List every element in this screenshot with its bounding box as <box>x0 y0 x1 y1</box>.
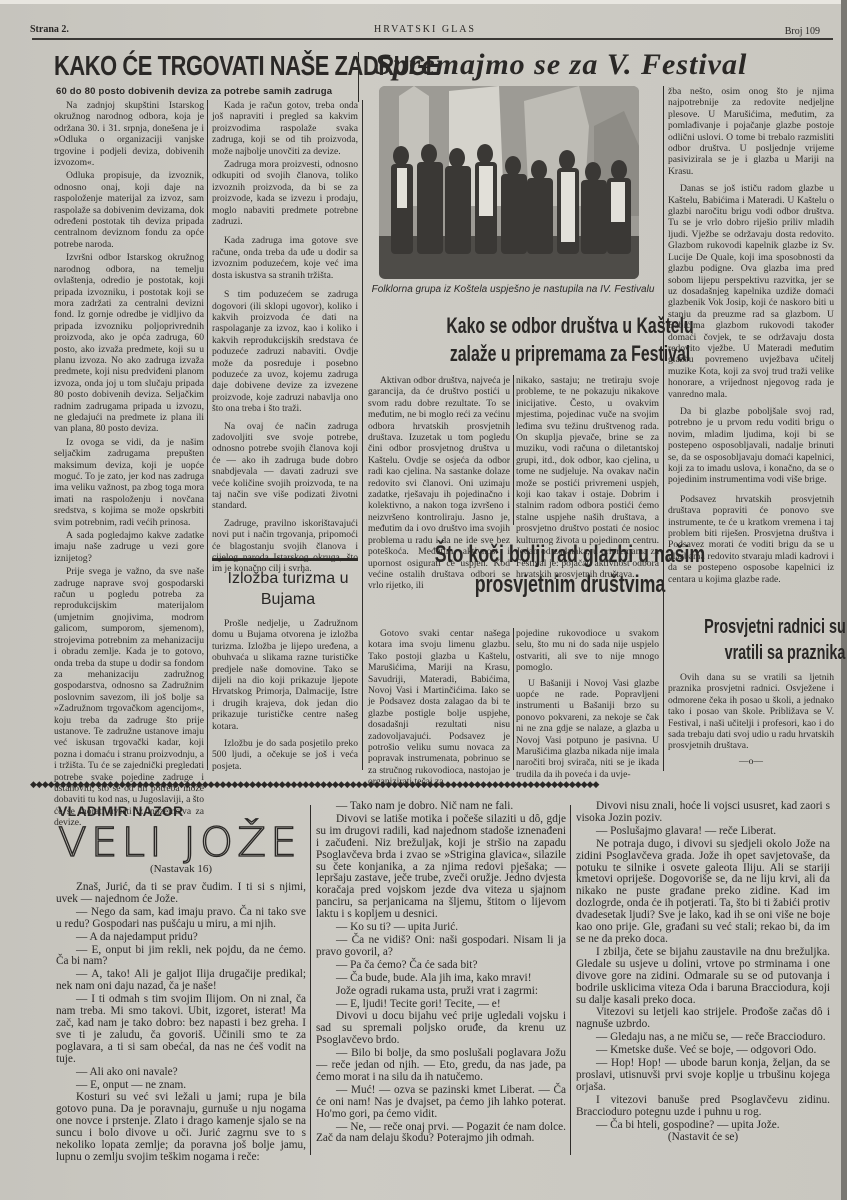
masthead-rule-right <box>370 38 833 40</box>
paragraph: — A da najedamput pridu? <box>56 932 306 944</box>
subheadline-zadruge: 60 do 80 posto dobivenih deviza za potre… <box>56 86 332 97</box>
zadruge-column-1: Na zadnjoj skupštini Istarskog okružnog … <box>54 100 204 770</box>
serial-column-2: — Tako nam je dobro. Nič nam ne fali. Di… <box>316 801 566 1146</box>
zadruge-column-2: Kada je račun gotov, treba onda još napr… <box>212 100 358 540</box>
paragraph: Kosturi su već svi ležali u jami; rupa j… <box>56 1092 306 1163</box>
paragraph: Zadruge, pravilno iskorištavajući novi p… <box>212 518 358 575</box>
column-divider <box>513 628 514 770</box>
paragraph: — Muć! — ozva se pazinski kmet Liberat. … <box>316 1085 566 1121</box>
paragraph: U Bašaniji i Novoj Vasi glazbe uopće ne … <box>516 678 659 781</box>
izlozba-body: Prošle nedjelje, u Zadružnom domu u Buja… <box>212 618 358 774</box>
paragraph: Izvršni odbor Istarskog okružnog narodno… <box>54 252 204 435</box>
paragraph: Na ovaj će način zadruga zadovoljiti sve… <box>212 421 358 512</box>
column-divider <box>310 805 311 1155</box>
photo-caption: Folklorna grupa iz Koštela uspješno je n… <box>368 283 658 296</box>
issue-number: Broj 109 <box>785 26 820 37</box>
column-divider <box>362 100 363 770</box>
continued-note: (Nastavit će se) <box>576 1132 830 1144</box>
headline-glazbe: Što koči bolji rad glazbi u našim prosvj… <box>370 540 660 600</box>
page-edge-right <box>841 0 847 1200</box>
paragraph: — Ne, — reče onaj prvi. — Pogazit će nam… <box>316 1122 566 1146</box>
paragraph: Ne potraja dugo, i divovi su sjedjeli ok… <box>576 839 830 946</box>
paragraph: — Ča ne vidiš? Oni: naši gospodari. Nisa… <box>316 935 566 959</box>
paragraph: A sada pogledajmo kakve zadatke imaju na… <box>54 530 204 564</box>
paragraph: Znaš, Jurić, da ti se prav čudim. I ti s… <box>56 882 306 906</box>
headline-text: Prosvjetni radnici su se vratili sa praz… <box>699 614 847 666</box>
paragraph: — I ti odmah s tim svojim Ilijom. On ni … <box>56 994 306 1065</box>
paragraph: Divovi se latiše motika i počeše silazit… <box>316 814 566 921</box>
paragraph: — Hop! Hop! — ubode barun konja, željan,… <box>576 1058 830 1094</box>
paragraph: Ovih dana su se vratili sa ljetnih prazn… <box>668 672 834 752</box>
headline-text: Što koči bolji rad glazbi u našim prosvj… <box>422 540 718 600</box>
folklore-photo-illustration <box>379 86 639 279</box>
paragraph: Prošle nedjelje, u Zadružnom domu u Buja… <box>212 618 358 732</box>
paragraph: Da bi glazbe poboljšale svoj rad, potreb… <box>668 406 834 486</box>
paragraph: — Kmetske duše. Već se boje, — odgovori … <box>576 1045 830 1057</box>
masthead: Strana 2. HRVATSKI GLAS Broj 109 <box>30 22 820 38</box>
headline-prosvjetni: Prosvjetni radnici su se vratili sa praz… <box>665 614 840 666</box>
paragraph: S tim poduzećem se zadruga dogovori (ili… <box>212 289 358 414</box>
paragraph: Gotovo svaki centar našega kotara ima sv… <box>368 628 510 788</box>
paragraph: Kada zadruga ima gotove sve račune, onda… <box>212 235 358 281</box>
serial-column-1: Znaš, Jurić, da ti se prav čudim. I ti s… <box>56 882 306 1165</box>
paragraph: Iz ovoga se vidi, da je našim seljačkim … <box>54 437 204 528</box>
paragraph: — E, onput — ne znam. <box>56 1080 306 1092</box>
photo-folklore-group <box>379 86 639 279</box>
serial-author: VLADIMIR NAZOR <box>58 803 184 819</box>
paragraph: pojedine rukovodioce u svakom selu, što … <box>516 628 659 674</box>
column-divider <box>663 86 664 771</box>
prosvjetni-body: Ovih dana su se vratili sa ljetnih prazn… <box>668 672 834 769</box>
end-mark: —o— <box>668 756 834 767</box>
paragraph: — E, ljudi! Tecite gori! Tecite, — e! <box>316 999 566 1011</box>
paragraph: I zbilja, čete se bijahu zaustavile na d… <box>576 947 830 1007</box>
paragraph: — Ali ako oni navale? <box>56 1067 306 1079</box>
glazbe-column-2: pojedine rukovodioce u svakom selu, što … <box>516 628 659 782</box>
headline-festival: Spremajmo se za V. Festival <box>375 48 747 82</box>
paper-name: HRVATSKI GLAS <box>30 24 820 35</box>
paragraph: Kada je račun gotov, treba onda još napr… <box>212 100 358 157</box>
paragraph: žba nešto, osim onog što je njima najpot… <box>668 86 834 177</box>
section-rule <box>212 558 358 561</box>
column-divider <box>570 805 571 1155</box>
paragraph: — Nego da sam, kad imaju pravo. Ča ni ta… <box>56 907 306 931</box>
headline-text: Kako se odbor društva u Kaštelu zalaže u… <box>426 312 714 368</box>
paragraph: Jože ogradi rukama usta, pruži vrat i za… <box>316 986 566 998</box>
serial-column-3: Divovi nisu znali, hoće li vojsci ususre… <box>576 801 830 1145</box>
headline-izlozba: Izložba turizma u Bujama <box>213 568 363 610</box>
paragraph: — Gledaju nas, a ne miču se, — reče Brac… <box>576 1032 830 1044</box>
paragraph: Izložbu je do sada posjetilo preko 500 l… <box>212 738 358 772</box>
column-divider <box>358 52 359 102</box>
headline-kastel: Kako se odbor društva u Kaštelu zalaže u… <box>370 312 660 368</box>
paragraph: — Ko su ti? — upita Jurić. <box>316 922 566 934</box>
paragraph: Vitezovi su letjeli kao strijele. Prođoš… <box>576 1007 830 1031</box>
paragraph: — Tako nam je dobro. Nič nam ne fali. <box>316 801 566 813</box>
paragraph: Zadruga mora proizvesti, odnosno odkupit… <box>212 159 358 227</box>
serial-title: VELI JOŽE <box>58 820 301 866</box>
paragraph: — E, onput bi jim rekli, nek pojdu, da n… <box>56 945 306 969</box>
paragraph: — Pa ča ćemo? Ča će sada bit? <box>316 960 566 972</box>
page-edge-top <box>0 0 847 4</box>
paragraph: — A, tako! Ali je galjot Ilija drugačije… <box>56 969 306 993</box>
paragraph: — Bilo bi bolje, da smo poslušali poglav… <box>316 1048 566 1084</box>
paragraph: Divovi nisu znali, hoće li vojsci ususre… <box>576 801 830 825</box>
column-divider <box>513 375 514 525</box>
paragraph: Na zadnjoj skupštini Istarskog okružnog … <box>54 100 204 168</box>
paragraph: — Ča bude, bude. Ala jih ima, kako mravi… <box>316 973 566 985</box>
paragraph: — Ča bi hteli, gospodine? — upita Jože. <box>576 1120 830 1132</box>
glazbe-column-1: Gotovo svaki centar našega kotara ima sv… <box>368 628 510 790</box>
paragraph: Divovi u docu bijahu već prije ugledali … <box>316 1011 566 1047</box>
serial-installment: (Nastavak 16) <box>150 863 212 875</box>
paragraph: Odluka propisuje, da izvoznik, odnosno o… <box>54 170 204 250</box>
ornamental-divider: ◆◆◆◆◆◆◆◆◆◆◆◆◆◆◆◆◆◆◆◆◆◆◆◆◆◆◆◆◆◆◆◆◆◆◆◆◆◆◆◆… <box>30 780 820 790</box>
paragraph: — Poslušajmo glavara! — reče Liberat. <box>576 826 830 838</box>
newspaper-page: Strana 2. HRVATSKI GLAS Broj 109 KAKO ĆE… <box>0 0 847 1200</box>
column-divider <box>207 100 208 770</box>
paragraph: I vitezovi banuše pred Psoglavčevu zidin… <box>576 1095 830 1119</box>
